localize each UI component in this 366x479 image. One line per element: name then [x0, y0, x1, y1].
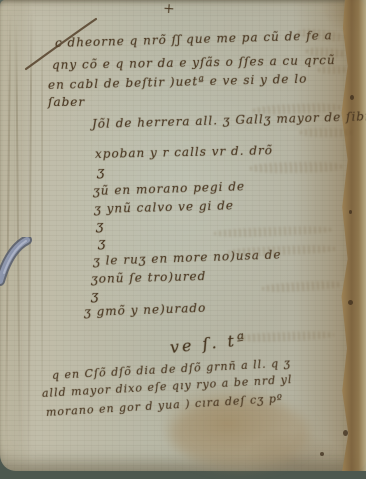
flourish-mark: ʒ	[97, 165, 104, 180]
edge-spot	[350, 95, 354, 100]
flourish-mark: ʒ	[98, 236, 105, 251]
binding-thread	[0, 237, 33, 289]
edge-spot	[349, 210, 352, 214]
manuscript-line: ſaber	[48, 95, 85, 109]
edge-spot	[348, 300, 353, 305]
ink-bleedthrough	[318, 66, 348, 74]
cross-mark: +	[162, 1, 175, 18]
flourish-mark: ʒ	[91, 289, 98, 304]
flourish-mark: ʒ	[96, 219, 103, 234]
edge-spot	[320, 452, 324, 456]
binding-crease	[41, 30, 43, 430]
photo-background: + c dheorne q nrõ ſʃ que me pa cũ de fe …	[0, 0, 366, 479]
ink-bleedthrough	[300, 128, 352, 137]
edge-spot	[343, 430, 348, 436]
